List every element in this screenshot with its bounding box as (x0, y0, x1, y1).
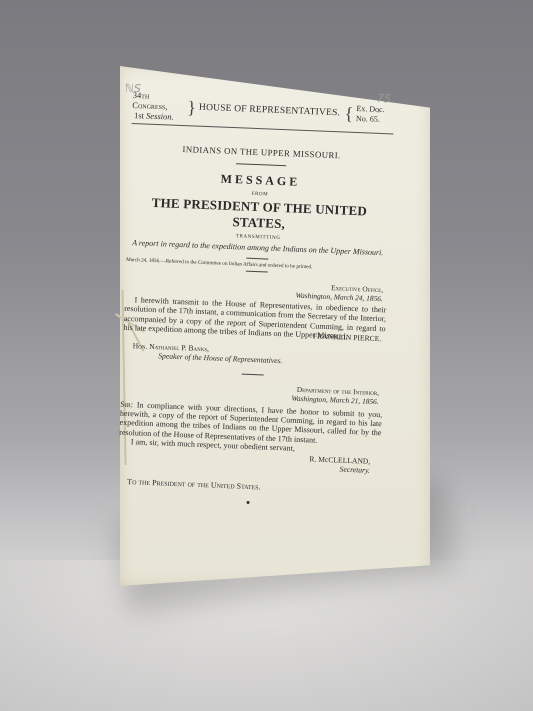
brace-icon: { (344, 105, 353, 123)
divider (236, 163, 286, 166)
page-dot (246, 501, 249, 504)
subject-title: INDIANS ON THE UPPER MISSOURI. (131, 142, 393, 163)
divider (246, 271, 268, 273)
document-header: 34th Congress, 1st Session. } HOUSE OF R… (132, 90, 395, 134)
printed-page: ℕS 75 - 34th Congress, 1st Session. } HO… (114, 90, 395, 570)
pencil-mark-left: ℕS (125, 82, 141, 96)
salutation: Sir: (120, 399, 133, 409)
session-line: 1st Session. (132, 110, 184, 122)
letter1-addressee: Hon. Nathaniel P. Banks, Speaker of the … (122, 340, 385, 369)
session-number: 1st (134, 110, 144, 120)
session-label: Session. (146, 111, 174, 122)
pencil-mark-price: 75 - (376, 92, 395, 119)
divider (242, 373, 264, 375)
house-title: HOUSE OF REPRESENTATIVES. (199, 103, 342, 119)
to-line: To the President of the United States. (117, 476, 379, 496)
brace-icon: } (187, 98, 196, 116)
divider (246, 258, 268, 260)
